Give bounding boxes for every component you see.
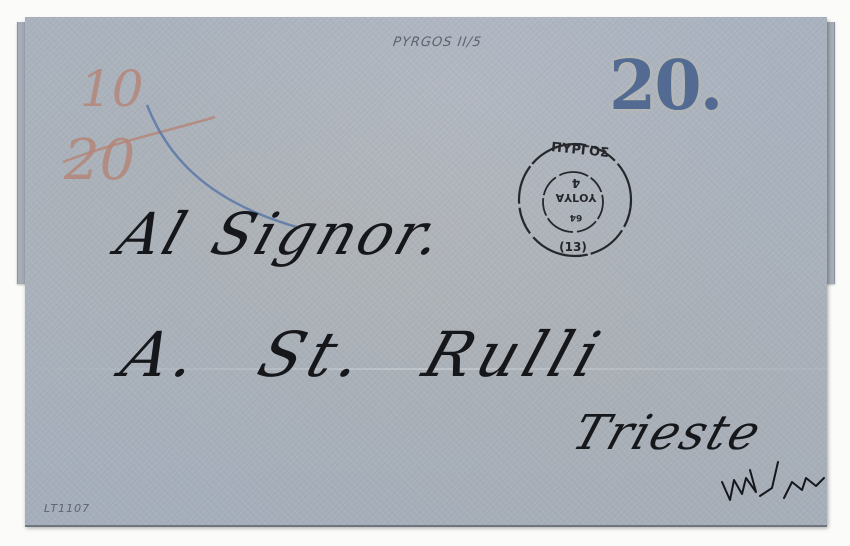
red-crayon-numerator: 10 — [80, 60, 144, 118]
handwritten-flourish — [720, 452, 830, 504]
postmark-number: (13) — [548, 240, 598, 254]
postmark-day: 4 — [546, 177, 606, 189]
address-line-1: AlSignor. — [109, 200, 454, 268]
postmark-month: ΑΥΓΟΥ — [546, 192, 606, 203]
pencil-note-top: PYRGOS II/5 — [392, 35, 483, 50]
letter-photo: PYRGOS II/5 LT1107 10 20 20. ΠΥΡΓΟΣ 4 ΑΥ… — [0, 0, 850, 546]
address-word: St. — [250, 318, 379, 391]
rate-handstamp-20: 20. — [609, 52, 721, 120]
address-word: Rulli — [415, 318, 615, 391]
address-line-2: A.St.Rulli — [113, 318, 614, 391]
postmark-year: 64 — [546, 212, 606, 221]
address-word: Signor. — [203, 200, 454, 268]
pencil-note-bottom: LT1107 — [44, 502, 90, 515]
red-crayon-denominator: 20 — [64, 128, 135, 193]
